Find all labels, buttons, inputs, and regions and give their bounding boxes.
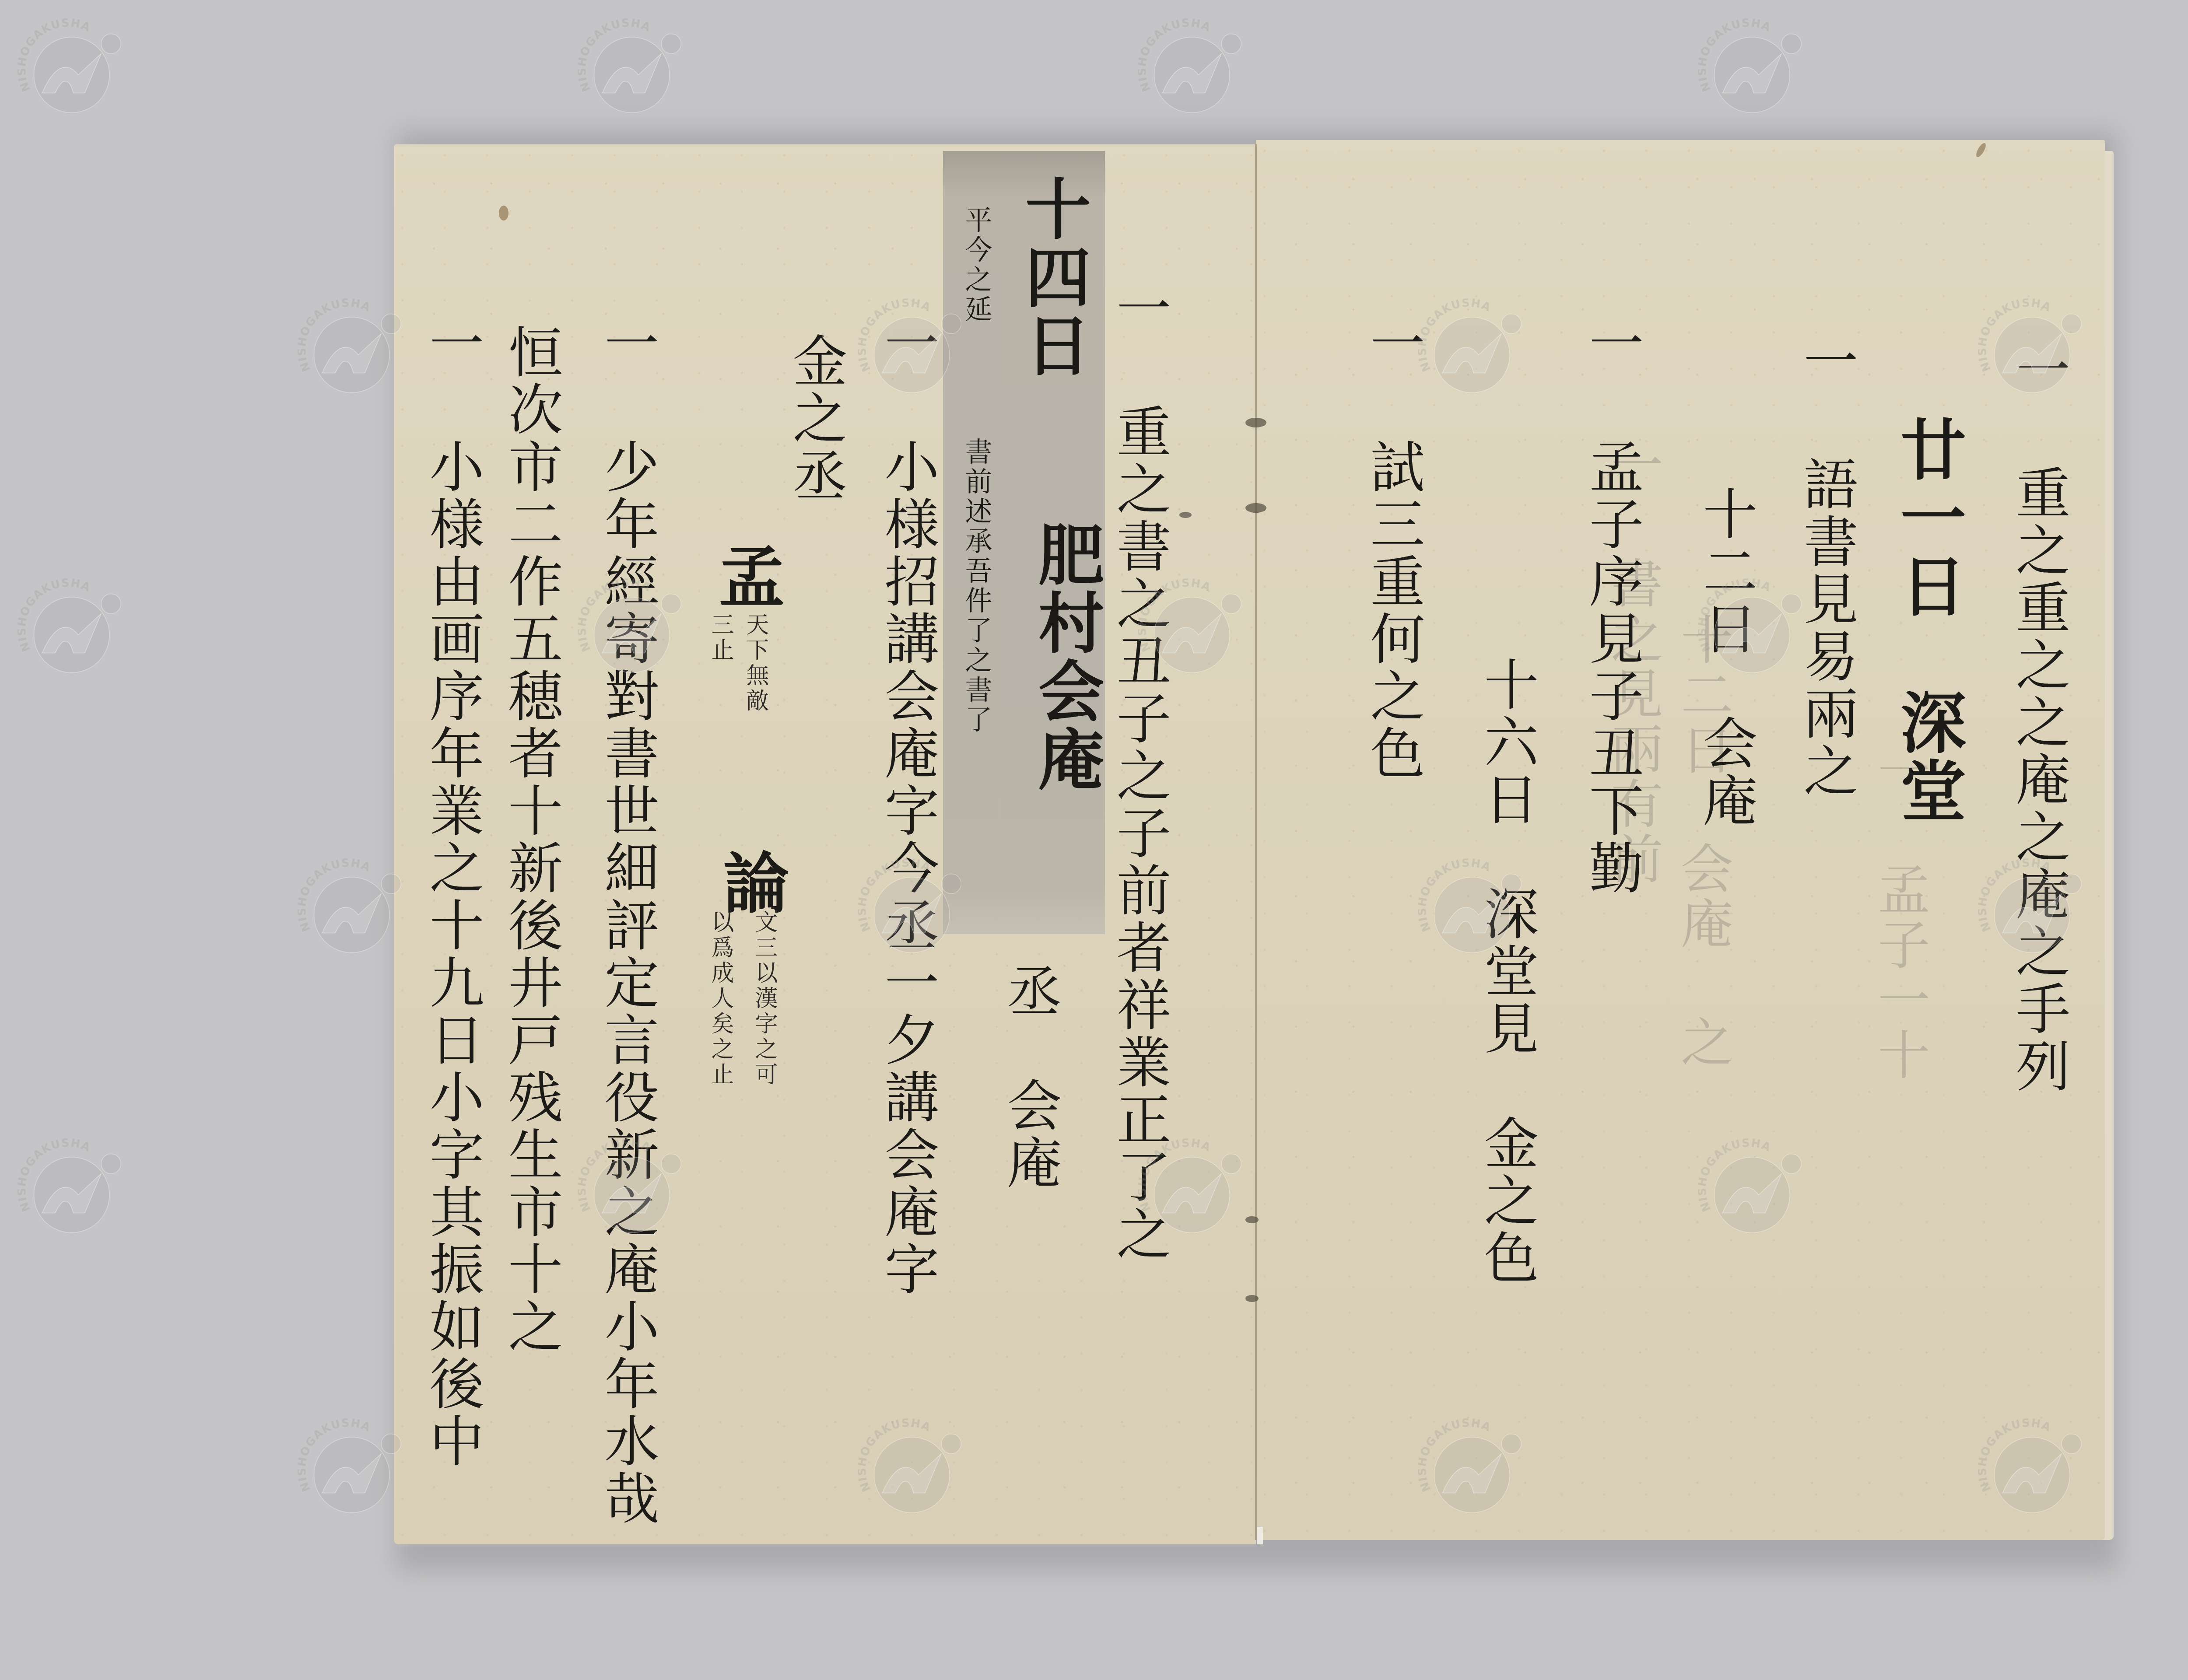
annotation-column: 天下無敵: [744, 612, 767, 714]
slip-text-column: 書前述承吾件了之書了: [963, 437, 990, 735]
text-column: 孟: [713, 542, 779, 611]
text-column: 廿一日 深堂: [1895, 416, 1960, 825]
text-column: 十二日 会庵: [1698, 486, 1753, 829]
text-column: 金之丞: [788, 332, 842, 504]
paper-stain: [499, 206, 508, 220]
text-column: 一 小様招講会庵字今丞一夕講会庵字: [880, 315, 934, 1298]
svg-text:NISHOGAKUSHA: NISHOGAKUSHA: [18, 577, 93, 654]
text-column: 十六日 深堂見 金之色: [1479, 656, 1534, 1287]
svg-text:NISHOGAKUSHA: NISHOGAKUSHA: [578, 17, 653, 94]
text-column: 一 小様由画序年業之十九日小字其振如後中: [424, 315, 479, 1470]
annotation-column: 以爲成人矣之止: [709, 910, 732, 1088]
annotation-column: 三止: [709, 612, 732, 663]
nishogakusha-watermark-icon: NISHOGAKUSHA: [18, 577, 123, 682]
text-column: 論: [718, 849, 783, 917]
book-spine: [1255, 144, 1257, 1540]
nishogakusha-watermark-icon: NISHOGAKUSHA: [18, 17, 123, 122]
nishogakusha-watermark-icon: NISHOGAKUSHA: [578, 17, 683, 122]
spine-edge: [1257, 1527, 1263, 1544]
svg-text:NISHOGAKUSHA: NISHOGAKUSHA: [1138, 17, 1213, 94]
nishogakusha-watermark-icon: NISHOGAKUSHA: [298, 1417, 403, 1522]
svg-text:NISHOGAKUSHA: NISHOGAKUSHA: [298, 1417, 373, 1494]
text-column: 一 試三重何之色: [1365, 315, 1420, 782]
nishogakusha-watermark-icon: NISHOGAKUSHA: [298, 297, 403, 402]
svg-text:NISHOGAKUSHA: NISHOGAKUSHA: [18, 1137, 93, 1214]
binding-hole: [1245, 418, 1266, 427]
binding-hole: [1245, 1295, 1259, 1302]
svg-text:NISHOGAKUSHA: NISHOGAKUSHA: [18, 17, 93, 94]
slip-text-column: 十四日: [1020, 175, 1085, 380]
nishogakusha-watermark-icon: NISHOGAKUSHA: [18, 1137, 123, 1242]
nishogakusha-watermark-icon: NISHOGAKUSHA: [298, 857, 403, 962]
svg-text:NISHOGAKUSHA: NISHOGAKUSHA: [1698, 17, 1773, 94]
text-column: 一 少年經寄對書世細評定言役新之庵小年水哉: [600, 315, 654, 1527]
binding-hole: [1245, 1216, 1259, 1223]
annotation-column: 文三以漢字之可: [753, 910, 775, 1088]
binding-hole: [1245, 503, 1266, 513]
text-column: 一 孟子序見子丑下勤: [1584, 315, 1639, 897]
slip-text-column: 肥村会庵: [1033, 521, 1098, 794]
text-column: 一 重之重之之庵之庵之手列: [2011, 341, 2065, 1095]
text-column: 恒次市二作五穂者十新後井戸残生市十之: [503, 324, 558, 1355]
text-column: 一 語書見易兩之: [1799, 332, 1853, 800]
nishogakusha-watermark-icon: NISHOGAKUSHA: [1138, 17, 1243, 122]
svg-text:NISHOGAKUSHA: NISHOGAKUSHA: [298, 297, 373, 374]
nishogakusha-watermark-icon: NISHOGAKUSHA: [1698, 17, 1803, 122]
text-column: 丞 会庵: [1002, 962, 1057, 1192]
paper-stain: [1179, 512, 1192, 518]
svg-text:NISHOGAKUSHA: NISHOGAKUSHA: [298, 857, 373, 934]
text-column: 一 重之書之丑子之子前者祥業正了之: [1112, 280, 1166, 1263]
slip-text-column: 平今之延: [963, 206, 990, 325]
